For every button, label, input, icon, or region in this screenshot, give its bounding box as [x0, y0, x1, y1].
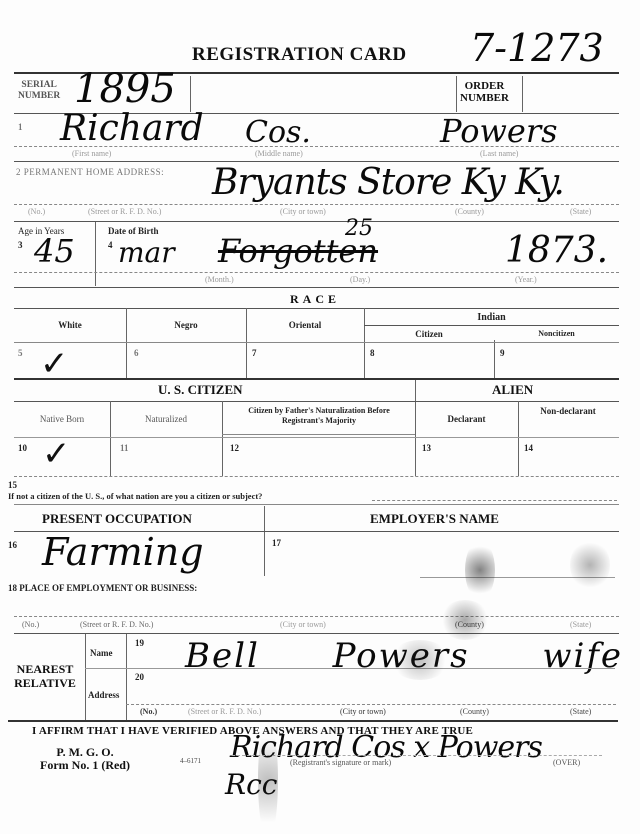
- divider: [415, 380, 416, 476]
- race-indian-noncitizen-label: Noncitizen: [494, 329, 619, 338]
- last-name-value: Powers: [440, 112, 558, 150]
- ink-smudge: [390, 640, 450, 680]
- address-no-label: (No.): [28, 207, 45, 216]
- divider: [14, 308, 619, 309]
- field-number-11: 11: [120, 443, 129, 453]
- place-of-employment-label: 18 PLACE OF EMPLOYMENT OR BUSINESS:: [8, 583, 197, 593]
- race-indian-citizen-label: Citizen: [364, 329, 494, 339]
- address-state-label: (State): [570, 207, 591, 216]
- divider: [85, 634, 86, 720]
- divider: [14, 633, 619, 634]
- address-street-label: (Street or R. F. D. No.): [88, 207, 161, 216]
- form-number-label: Form No. 1 (Red): [10, 759, 160, 772]
- native-born-check-mark-icon: ✓: [42, 434, 71, 474]
- non-declarant-label: Non-declarant: [528, 406, 608, 417]
- dob-month-label: (Month.): [205, 275, 234, 284]
- dob-month-value: mar: [118, 236, 175, 269]
- employment-no-label: (No.): [22, 620, 39, 629]
- relative-state-label: (State): [570, 707, 591, 716]
- employer-title: EMPLOYER'S NAME: [370, 511, 499, 527]
- form-code: 4–6171: [180, 757, 201, 765]
- field-number-13: 13: [422, 443, 431, 453]
- employment-city-label: (City or town): [280, 620, 326, 629]
- alien-title: ALIEN: [492, 382, 533, 398]
- relative-address-label: Address: [88, 690, 119, 700]
- divider: [14, 504, 619, 505]
- divider: [85, 668, 615, 669]
- race-negro-label: Negro: [126, 320, 246, 330]
- divider: [372, 500, 617, 501]
- address-value: Bryants Store Ky Ky.: [212, 162, 564, 203]
- field-number-16: 16: [8, 540, 17, 550]
- divider: [494, 340, 495, 378]
- field-number-20: 20: [135, 672, 144, 682]
- relative-name-label: Name: [90, 648, 113, 658]
- divider: [222, 401, 223, 476]
- field-number-15: 15: [8, 480, 17, 490]
- dob-label: Date of Birth: [108, 226, 159, 236]
- naturalized-label: Naturalized: [110, 414, 222, 424]
- divider: [14, 287, 619, 288]
- field-number-1: 1: [18, 122, 23, 132]
- card-number: 7-1273: [470, 26, 604, 70]
- divider: [14, 616, 619, 617]
- divider: [364, 325, 619, 326]
- field-number-4: 4: [108, 240, 113, 250]
- ink-smudge: [570, 540, 610, 590]
- divider: [456, 76, 457, 112]
- address-county-label: (County): [455, 207, 484, 216]
- race-oriental-label: Oriental: [246, 320, 364, 330]
- employment-street-label: (Street or R. F. D. No.): [80, 620, 153, 629]
- divider: [246, 308, 247, 378]
- divider: [14, 146, 619, 147]
- us-citizen-title: U. S. CITIZEN: [158, 382, 243, 398]
- middle-name-label: (Middle name): [255, 149, 303, 158]
- divider: [110, 401, 111, 476]
- dob-day-label: (Day.): [350, 275, 370, 284]
- divider: [518, 401, 519, 476]
- race-title: RACE: [290, 292, 340, 307]
- last-name-label: (Last name): [480, 149, 518, 158]
- divider: [14, 204, 619, 205]
- divider: [126, 308, 127, 378]
- relative-street-label: (Street or R. F. D. No.): [188, 707, 261, 716]
- divider: [264, 506, 265, 576]
- first-name-label: (First name): [72, 149, 111, 158]
- divider: [126, 634, 127, 720]
- relative-city-label: (City or town): [340, 707, 386, 716]
- field-number-7: 7: [252, 348, 257, 358]
- field-number-3: 3: [18, 240, 23, 250]
- nearest-relative-label: NEAREST RELATIVE: [8, 662, 82, 690]
- field-number-9: 9: [500, 348, 505, 358]
- middle-name-value: Cos.: [245, 115, 311, 150]
- dob-year-label: (Year.): [515, 275, 537, 284]
- field-number-6: 6: [134, 348, 139, 358]
- serial-label: SERIAL NUMBER: [18, 80, 60, 102]
- divider: [522, 76, 523, 112]
- divider: [14, 221, 619, 222]
- ink-smudge: [258, 720, 278, 834]
- divider: [14, 437, 619, 438]
- employment-state-label: (State): [570, 620, 591, 629]
- divider: [232, 755, 602, 756]
- card-title: REGISTRATION CARD: [192, 44, 407, 66]
- divider: [126, 704, 616, 705]
- nation-question: If not a citizen of the U. S., of what n…: [8, 491, 262, 501]
- divider: [14, 272, 619, 273]
- divider: [14, 401, 619, 402]
- address-label: 2 PERMANENT HOME ADDRESS:: [16, 167, 164, 177]
- divider: [14, 476, 619, 477]
- field-number-14: 14: [524, 443, 533, 453]
- field-number-8: 8: [370, 348, 375, 358]
- dob-year-value: 1873.: [505, 230, 608, 271]
- registration-card: REGISTRATION CARD 7-1273 SERIAL NUMBER 1…: [0, 0, 640, 834]
- occupation-title: PRESENT OCCUPATION: [42, 511, 192, 527]
- age-value: 45: [34, 232, 75, 270]
- over-label: (OVER): [553, 758, 580, 767]
- race-white-label: White: [14, 320, 126, 330]
- address-city-label: (City or town): [280, 207, 326, 216]
- field-number-5: 5: [18, 348, 23, 358]
- divider: [190, 76, 191, 112]
- serial-number-value: 1895: [74, 66, 176, 112]
- dob-day-value: 25: [345, 216, 373, 241]
- divider: [95, 222, 96, 286]
- order-label: ORDER NUMBER: [460, 80, 509, 104]
- divider: [222, 434, 415, 435]
- first-name-value: Richard: [60, 108, 204, 149]
- native-born-label: Native Born: [14, 414, 110, 424]
- form-info: P. M. G. O. Form No. 1 (Red): [10, 746, 160, 772]
- relative-no-label: (No.): [140, 707, 157, 716]
- divider: [8, 720, 618, 722]
- field-number-19: 19: [135, 638, 144, 648]
- occupation-value: Farming: [42, 530, 204, 574]
- ink-smudge: [465, 540, 495, 600]
- divider: [14, 342, 619, 343]
- ink-smudge: [440, 600, 490, 640]
- field-number-12: 12: [230, 443, 239, 453]
- relative-county-label: (County): [460, 707, 489, 716]
- signature-label: (Registrant's signature or mark): [290, 758, 391, 767]
- race-indian-label: Indian: [364, 312, 619, 323]
- field-number-17: 17: [272, 538, 281, 548]
- citizen-by-father-label: Citizen by Father's Naturalization Befor…: [228, 406, 410, 426]
- divider: [14, 378, 619, 380]
- field-number-10: 10: [18, 443, 27, 453]
- declarant-label: Declarant: [415, 414, 518, 424]
